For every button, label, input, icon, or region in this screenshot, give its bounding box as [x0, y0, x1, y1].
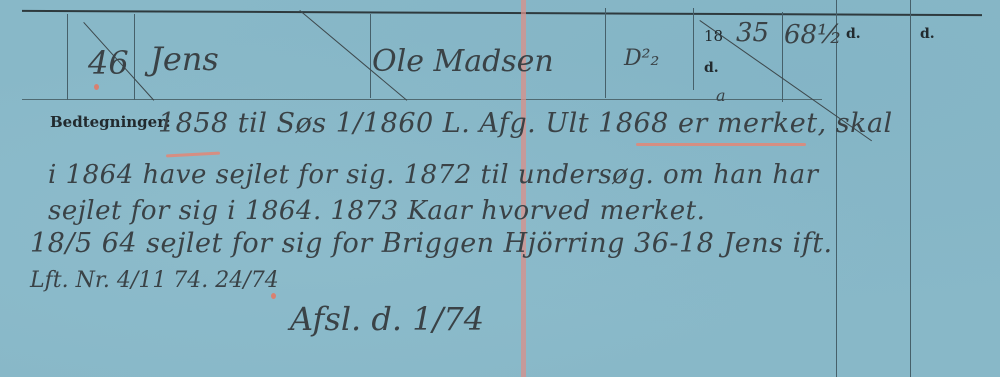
remarks-label: Bedtegninger: — [50, 113, 171, 131]
col-divider-8 — [910, 0, 911, 377]
red-dot-entry — [94, 84, 99, 90]
entry-number: 46 — [88, 44, 129, 82]
superscript-mark: a — [716, 86, 726, 105]
ditto-mark-col7: d. — [846, 26, 861, 42]
signature: Afsl. d. 1/74 — [290, 300, 484, 338]
year-suffix: 35 — [736, 18, 769, 48]
red-dot-remark — [271, 293, 276, 299]
col-divider-1 — [67, 14, 68, 100]
remark-line-2: i 1864 have sejlet for sig. 1872 til und… — [48, 160, 819, 190]
remark-line-4: 18/5 64 sejlet for sig for Briggen Hjörr… — [30, 228, 833, 259]
col-divider-7 — [836, 0, 837, 377]
red-underline-merket — [636, 143, 806, 146]
ledger-card: 46 Jens Ole Madsen D²₂ 18 35 d. 68½ d. d… — [0, 0, 1000, 377]
top-rule — [22, 10, 982, 16]
remark-line-1: 1858 til Søs 1/1860 L. Afg. Ult 1868 er … — [158, 108, 893, 139]
remark-line-5: Lft. Nr. 4/11 74. 24/74 — [30, 268, 279, 293]
col-divider-3 — [370, 14, 371, 98]
col-divider-6 — [782, 12, 783, 102]
height-value: 68½ — [784, 20, 842, 50]
year-prefix: 18 — [704, 27, 723, 45]
entry-surname: Ole Madsen — [372, 44, 554, 79]
remark-line-3: sejlet for sig i 1864. 1873 Kaar hvorved… — [48, 196, 705, 226]
row-bottom-rule — [22, 99, 822, 100]
col-divider-4 — [605, 8, 606, 98]
red-underline-1858 — [166, 152, 220, 158]
col-divider-2 — [134, 14, 135, 100]
col-divider-5 — [693, 8, 694, 90]
ditto-mark-col8: d. — [920, 26, 935, 42]
entry-first-name: Jens — [150, 40, 219, 78]
ditto-mark-year: d. — [704, 60, 719, 76]
entry-col-d2: D²₂ — [624, 46, 659, 71]
